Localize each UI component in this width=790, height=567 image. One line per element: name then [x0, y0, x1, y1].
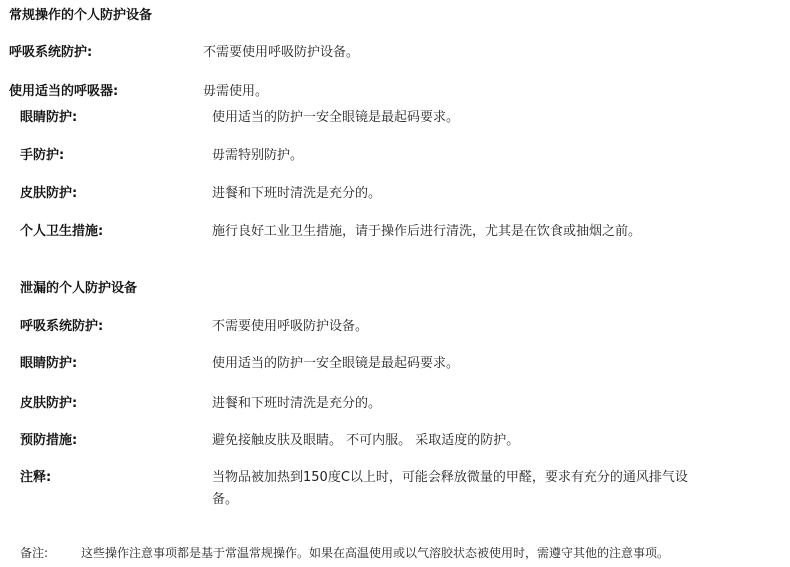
- row-value: 不需要使用呼吸防护设备。: [203, 45, 359, 61]
- section-title: 泄漏的个人防护设备: [20, 281, 137, 297]
- row-label: 眼睛防护:: [20, 356, 77, 372]
- row-label: 使用适当的呼吸器:: [9, 84, 118, 100]
- note-label: 备注:: [20, 545, 48, 561]
- row-value: 毋需使用。: [203, 84, 268, 100]
- row-value-continued: 备。: [212, 492, 238, 508]
- row-label: 眼睛防护:: [20, 110, 77, 126]
- row-value: 不需要使用呼吸防护设备。: [212, 319, 368, 335]
- row-label: 个人卫生措施:: [20, 224, 103, 240]
- row-value: 毋需特别防护。: [212, 148, 303, 164]
- row-value: 进餐和下班时清洗是充分的。: [212, 186, 381, 202]
- row-label: 手防护:: [20, 148, 64, 164]
- row-value: 当物品被加热到150度C以上时，可能会释放微量的甲醛，要求有充分的通风排气设: [212, 470, 688, 486]
- row-value: 避免接触皮肤及眼睛。 不可内服。 采取适度的防护。: [212, 433, 519, 449]
- row-label: 呼吸系统防护:: [9, 45, 92, 61]
- row-label: 预防措施:: [20, 433, 77, 449]
- row-label: 皮肤防护:: [20, 396, 77, 412]
- row-label: 皮肤防护:: [20, 186, 77, 202]
- row-label: 注释:: [20, 470, 51, 486]
- section-title: 常规操作的个人防护设备: [9, 8, 152, 24]
- row-value: 进餐和下班时清洗是充分的。: [212, 396, 381, 412]
- row-value: 使用适当的防护一安全眼镜是最起码要求。: [212, 110, 459, 126]
- row-value: 使用适当的防护一安全眼镜是最起码要求。: [212, 356, 459, 372]
- row-label: 呼吸系统防护:: [20, 319, 103, 335]
- row-value: 施行良好工业卫生措施，请于操作后进行清洗，尤其是在饮食或抽烟之前。: [212, 224, 641, 240]
- note-text: 这些操作注意事项都是基于常温常规操作。如果在高温使用或以气溶胶状态被使用时，需遵…: [81, 545, 669, 561]
